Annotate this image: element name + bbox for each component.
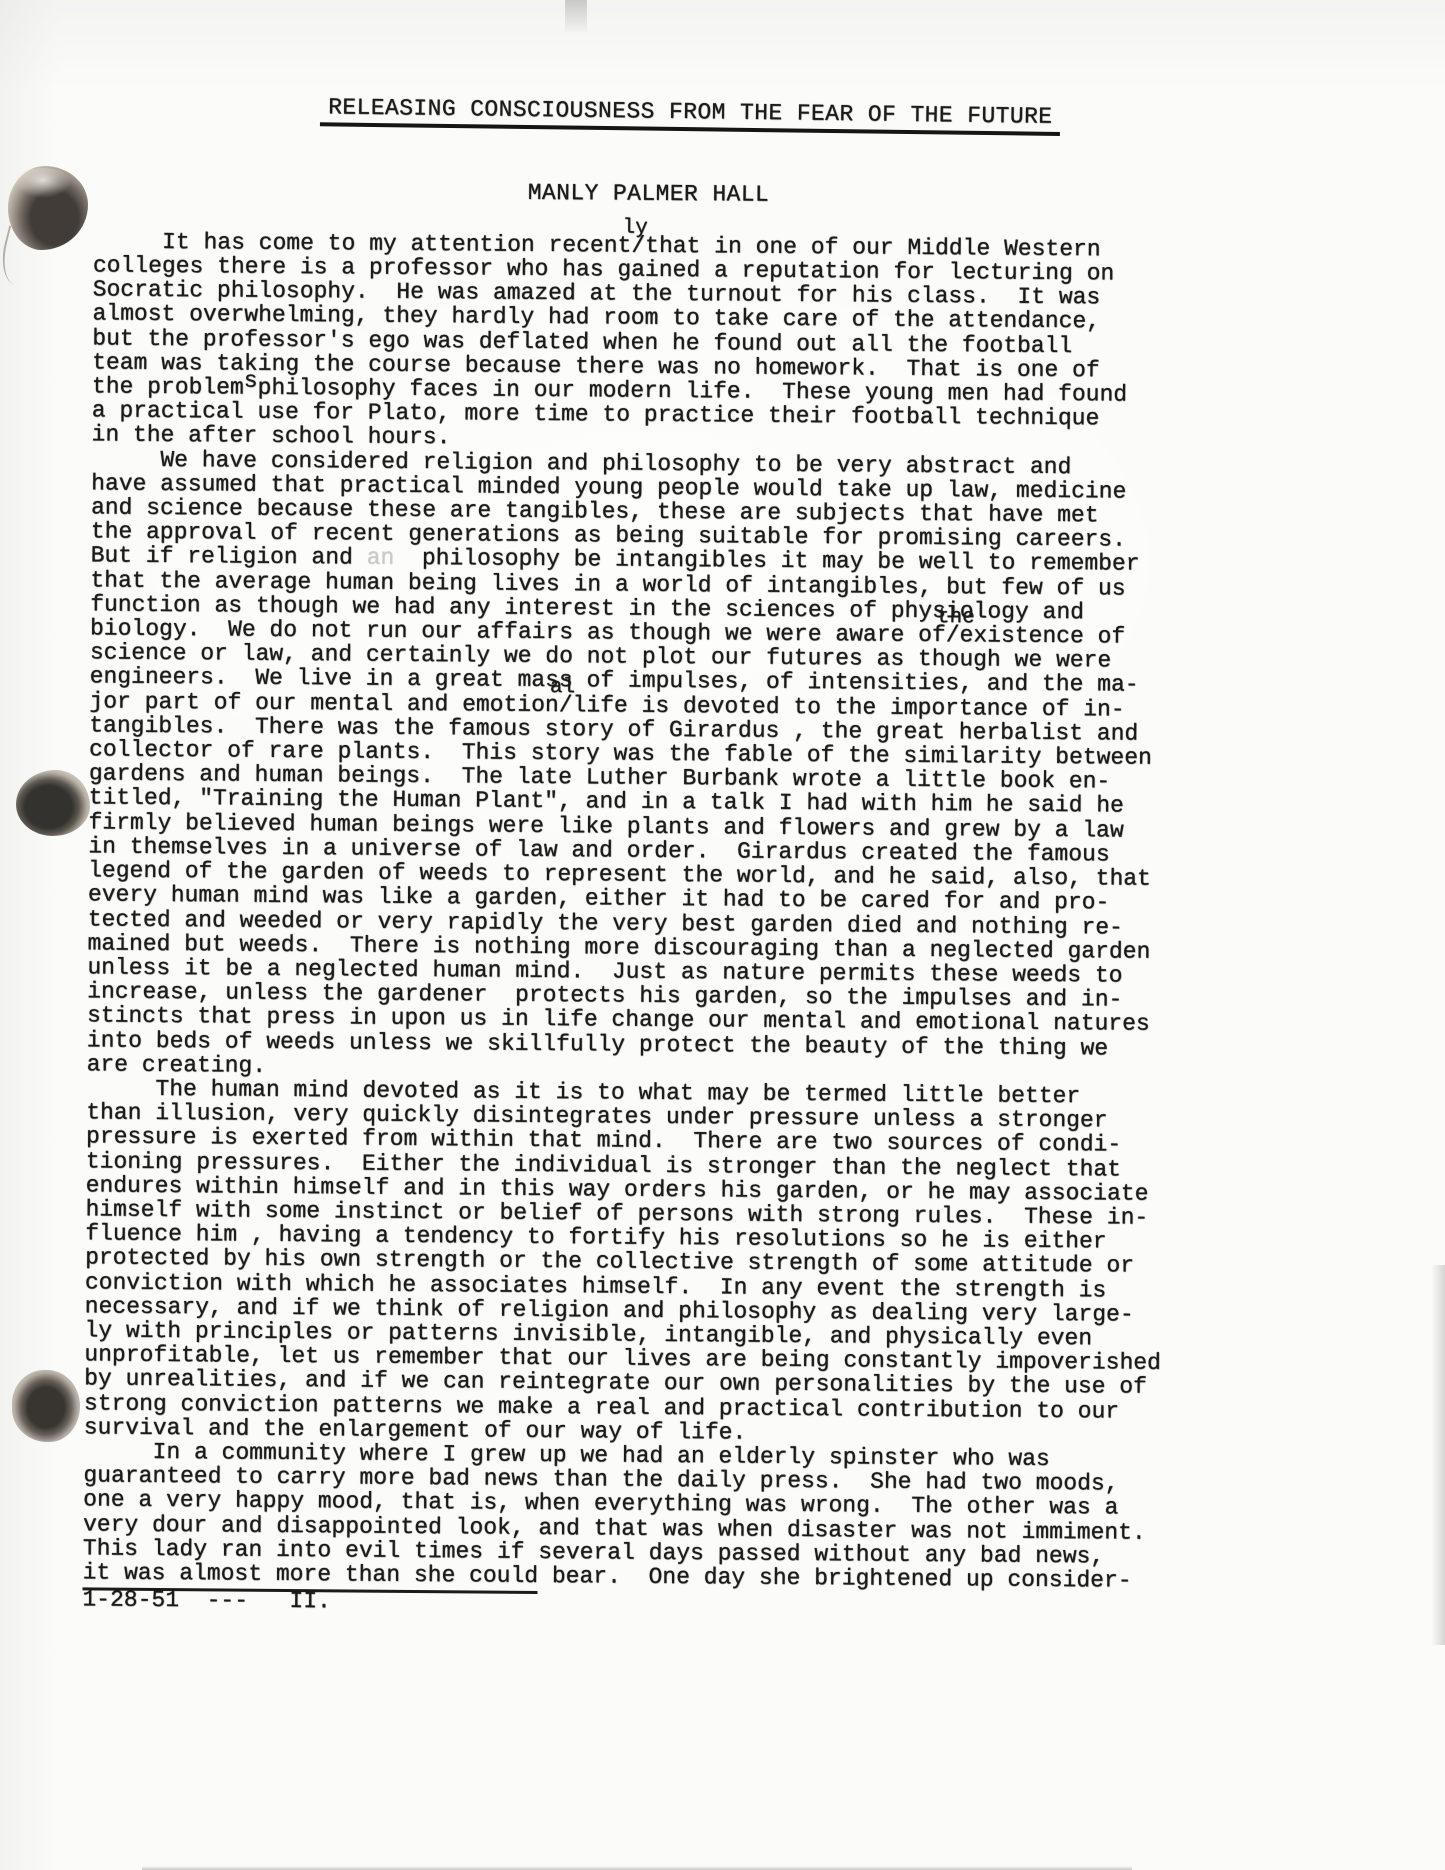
document-author: MANLY PALMER HALL (93, 177, 1203, 210)
paragraph: We have considered religion and philosop… (87, 447, 1202, 1085)
document-content: RELEASING CONSCIOUSNESS FROM THE FEAR OF… (0, 0, 1445, 1622)
typo-slash-correction: /al (559, 692, 573, 718)
paragraph: It has come to my attention recent/lytha… (91, 229, 1203, 456)
page-title: RELEASING CONSCIOUSNESS FROM THE FEAR OF… (320, 95, 1061, 136)
text-segment: bear. One day she brightened up consider… (538, 1563, 1132, 1594)
inserted-correction-text: al (550, 676, 575, 700)
typo-slash-correction: /the (946, 622, 960, 648)
typo-slash-correction: /ly (631, 232, 645, 258)
text-segment: are creating. (87, 1051, 267, 1078)
inserted-correction-text: ly (622, 216, 647, 240)
title-row: RELEASING CONSCIOUSNESS FROM THE FEAR OF… (94, 71, 1205, 159)
inserted-correction-text: the (937, 606, 975, 630)
paragraph: The human mind devoted as it is to what … (84, 1076, 1197, 1448)
scanned-page: RELEASING CONSCIOUSNESS FROM THE FEAR OF… (0, 0, 1445, 1870)
raised-typed-letter: s (244, 368, 258, 394)
scan-edge-artifact-bottom (142, 1866, 1132, 1870)
paragraph: In a community where I grew up we had an… (83, 1439, 1194, 1593)
erased-text: an (367, 545, 395, 571)
document-body: It has come to my attention recent/lytha… (83, 229, 1204, 1593)
text-segment: the problem (92, 373, 244, 400)
